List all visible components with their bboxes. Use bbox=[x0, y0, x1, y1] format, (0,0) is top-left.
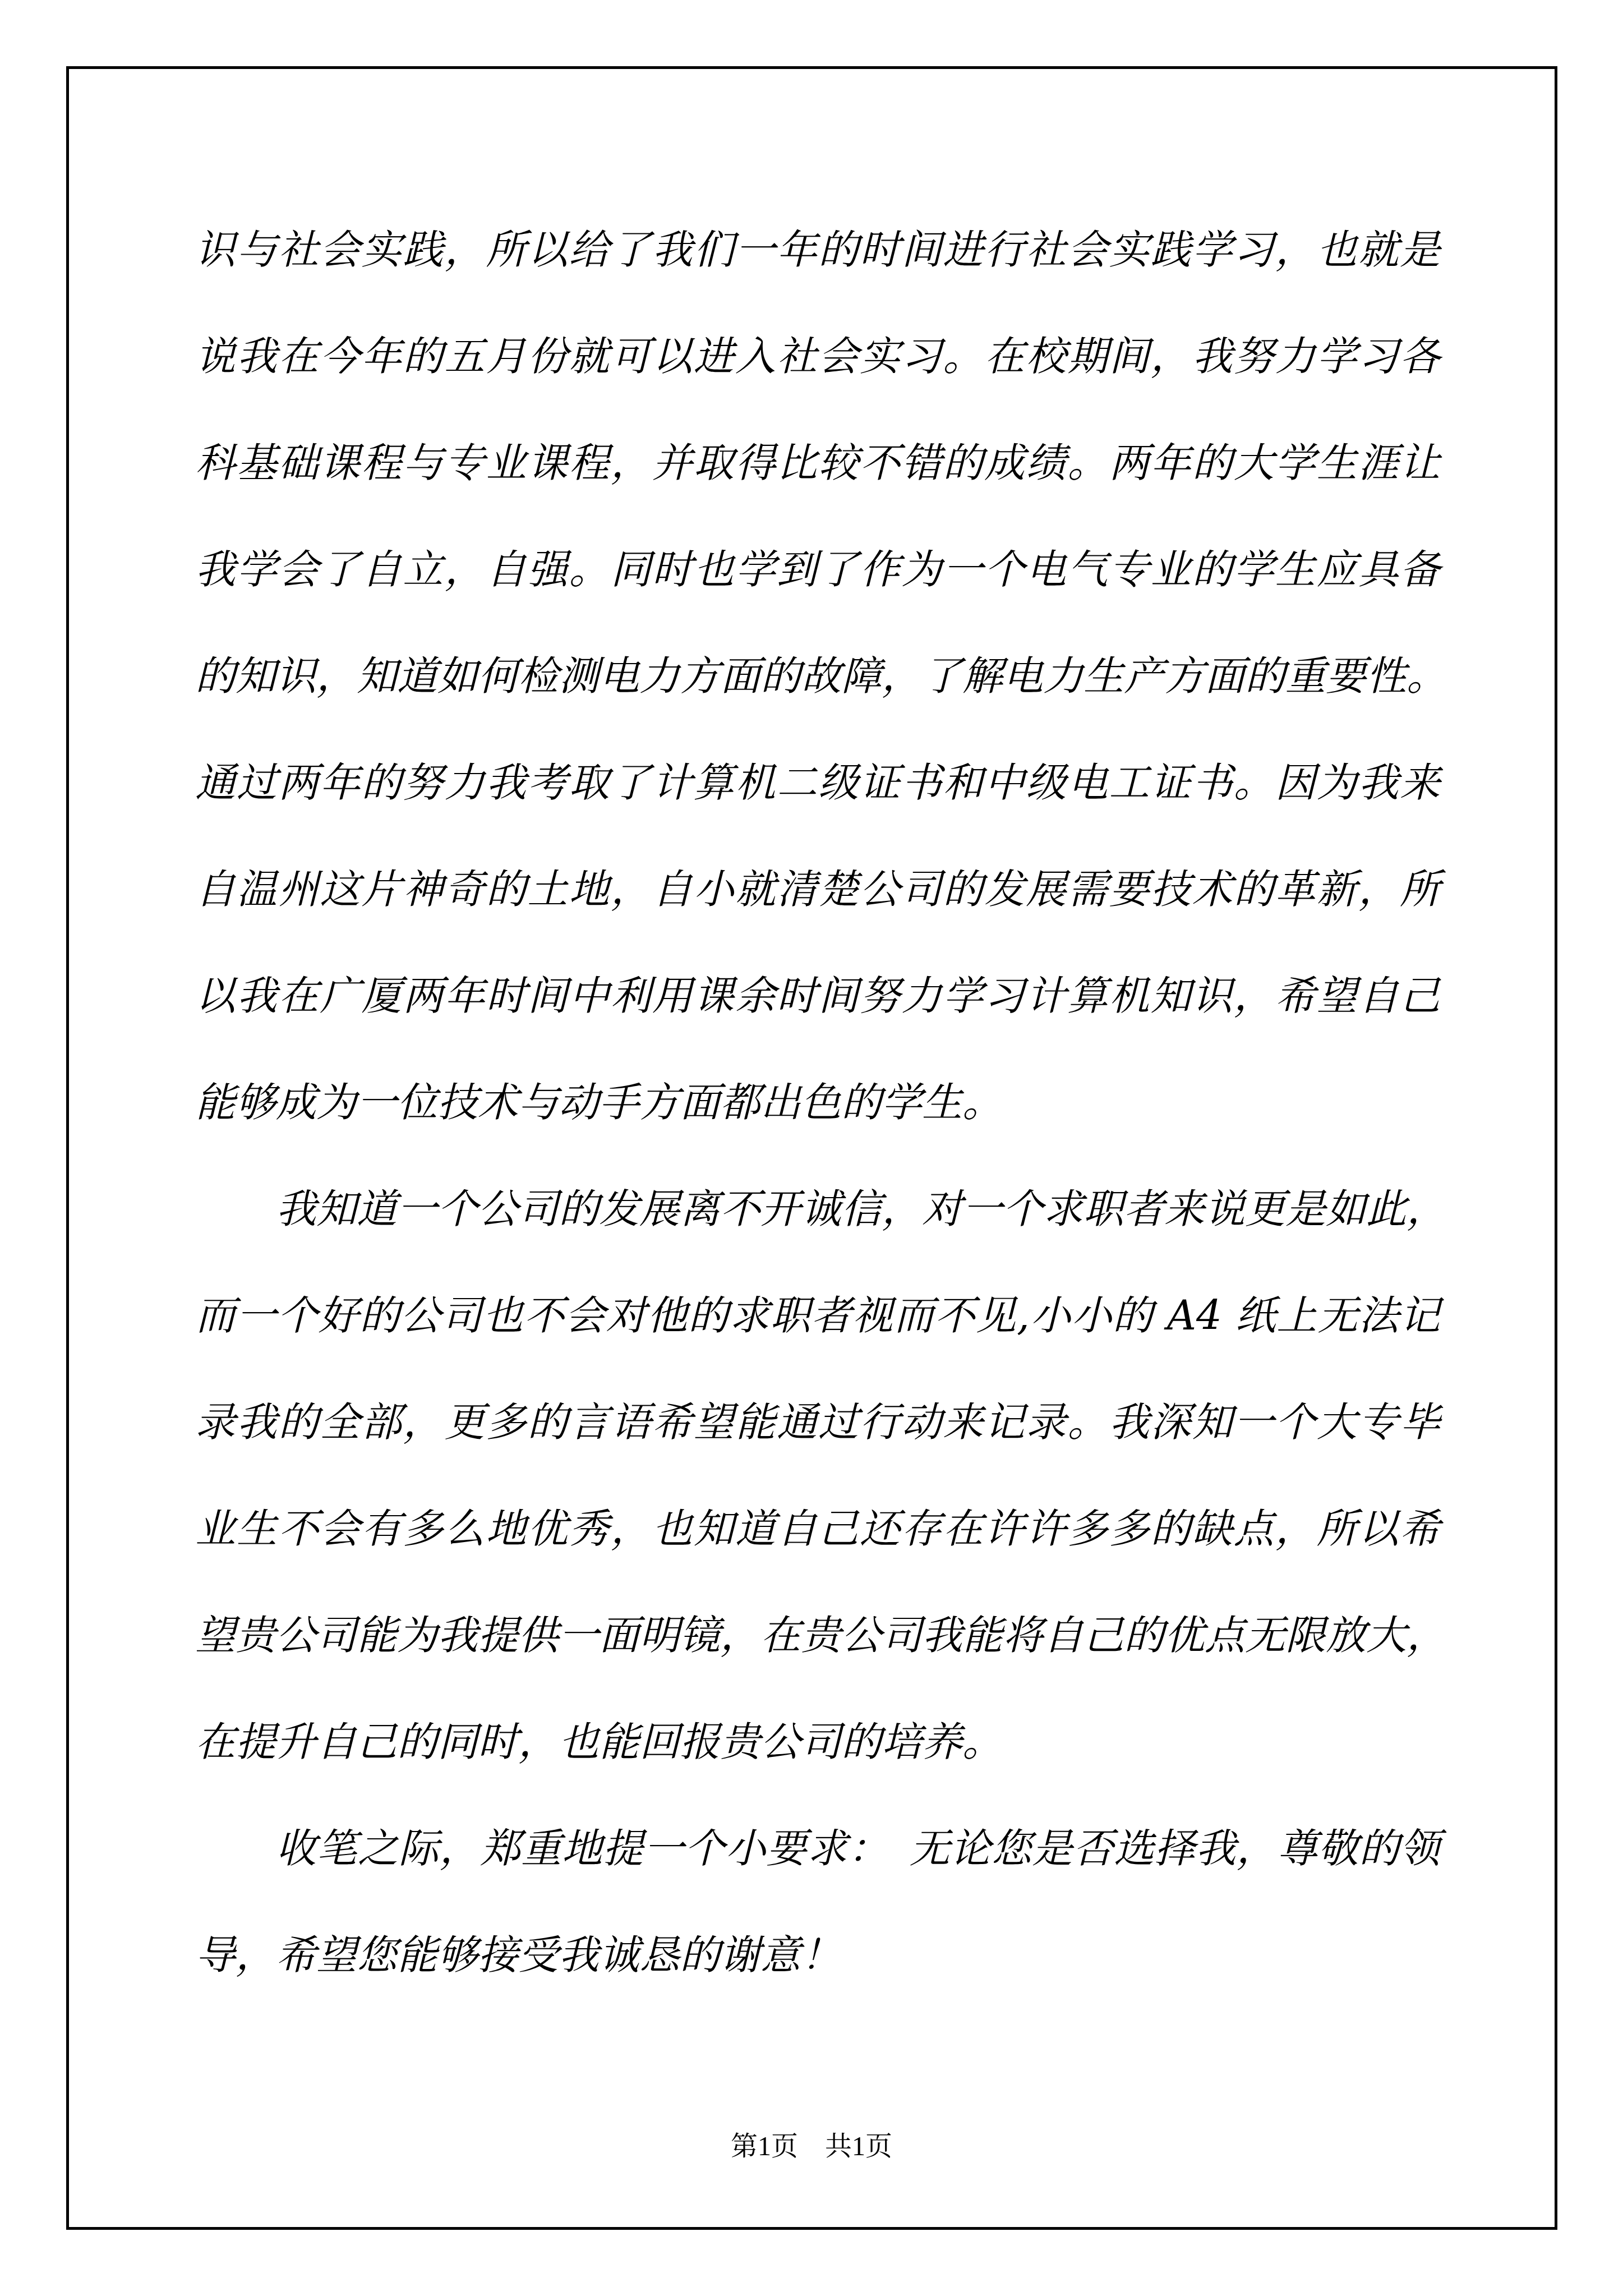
text-line: 录我的全部，更多的言语希望能通过行动来记录。我深知一个大专毕 bbox=[195, 1369, 1440, 1475]
text-line: 在提升自己的同时，也能回报贵公司的培养。 bbox=[195, 1688, 1440, 1795]
text-line: 我学会了自立，自强。同时也学到了作为一个电气专业的学生应具备 bbox=[195, 516, 1440, 623]
paragraph-3: 收笔之际，郑重地提一个小要求： 无论您是否选择我，尊敬的领 导，希望您能够接受我… bbox=[195, 1795, 1440, 2008]
paragraph-2: 我知道一个公司的发展离不开诚信，对一个求职者来说更是如此， 而一个好的公司也不会… bbox=[195, 1156, 1440, 1795]
text-line: 能够成为一位技术与动手方面都出色的学生。 bbox=[195, 1049, 1440, 1156]
text-line: 导，希望您能够接受我诚恳的谢意！ bbox=[195, 1902, 1440, 2008]
text-line: 自温州这片神奇的土地，自小就清楚公司的发展需要技术的革新，所 bbox=[195, 836, 1440, 942]
text-line: 说我在今年的五月份就可以进入社会实习。在校期间，我努力学习各 bbox=[195, 303, 1440, 409]
text-line: 我知道一个公司的发展离不开诚信，对一个求职者来说更是如此， bbox=[195, 1156, 1440, 1262]
text-line: 的知识，知道如何检测电力方面的故障，了解电力生产方面的重要性。 bbox=[195, 623, 1440, 729]
page: { "page": { "background": "#ffffff", "bo… bbox=[0, 0, 1623, 2296]
page-number: 第1页 共1页 bbox=[731, 2132, 892, 2161]
page-footer: 第1页 共1页 bbox=[0, 2127, 1623, 2167]
text-line: 望贵公司能为我提供一面明镜，在贵公司我能将自己的优点无限放大， bbox=[195, 1582, 1440, 1688]
paragraph-1: 识与社会实践，所以给了我们一年的时间进行社会实践学习，也就是 说我在今年的五月份… bbox=[195, 196, 1440, 1156]
text-line: 科基础课程与专业课程，并取得比较不错的成绩。两年的大学生涯让 bbox=[195, 409, 1440, 516]
text-line: 识与社会实践，所以给了我们一年的时间进行社会实践学习，也就是 bbox=[195, 196, 1440, 303]
text-line: 收笔之际，郑重地提一个小要求： 无论您是否选择我，尊敬的领 bbox=[195, 1795, 1440, 1902]
document-body: 识与社会实践，所以给了我们一年的时间进行社会实践学习，也就是 说我在今年的五月份… bbox=[195, 196, 1440, 2008]
text-line: 以我在广厦两年时间中利用课余时间努力学习计算机知识，希望自己 bbox=[195, 942, 1440, 1049]
text-line: 而一个好的公司也不会对他的求职者视而不见,小小的 A4 纸上无法记 bbox=[195, 1262, 1440, 1369]
text-line: 通过两年的努力我考取了计算机二级证书和中级电工证书。因为我来 bbox=[195, 729, 1440, 836]
text-line: 业生不会有多么地优秀，也知道自己还存在许许多多的缺点，所以希 bbox=[195, 1475, 1440, 1582]
